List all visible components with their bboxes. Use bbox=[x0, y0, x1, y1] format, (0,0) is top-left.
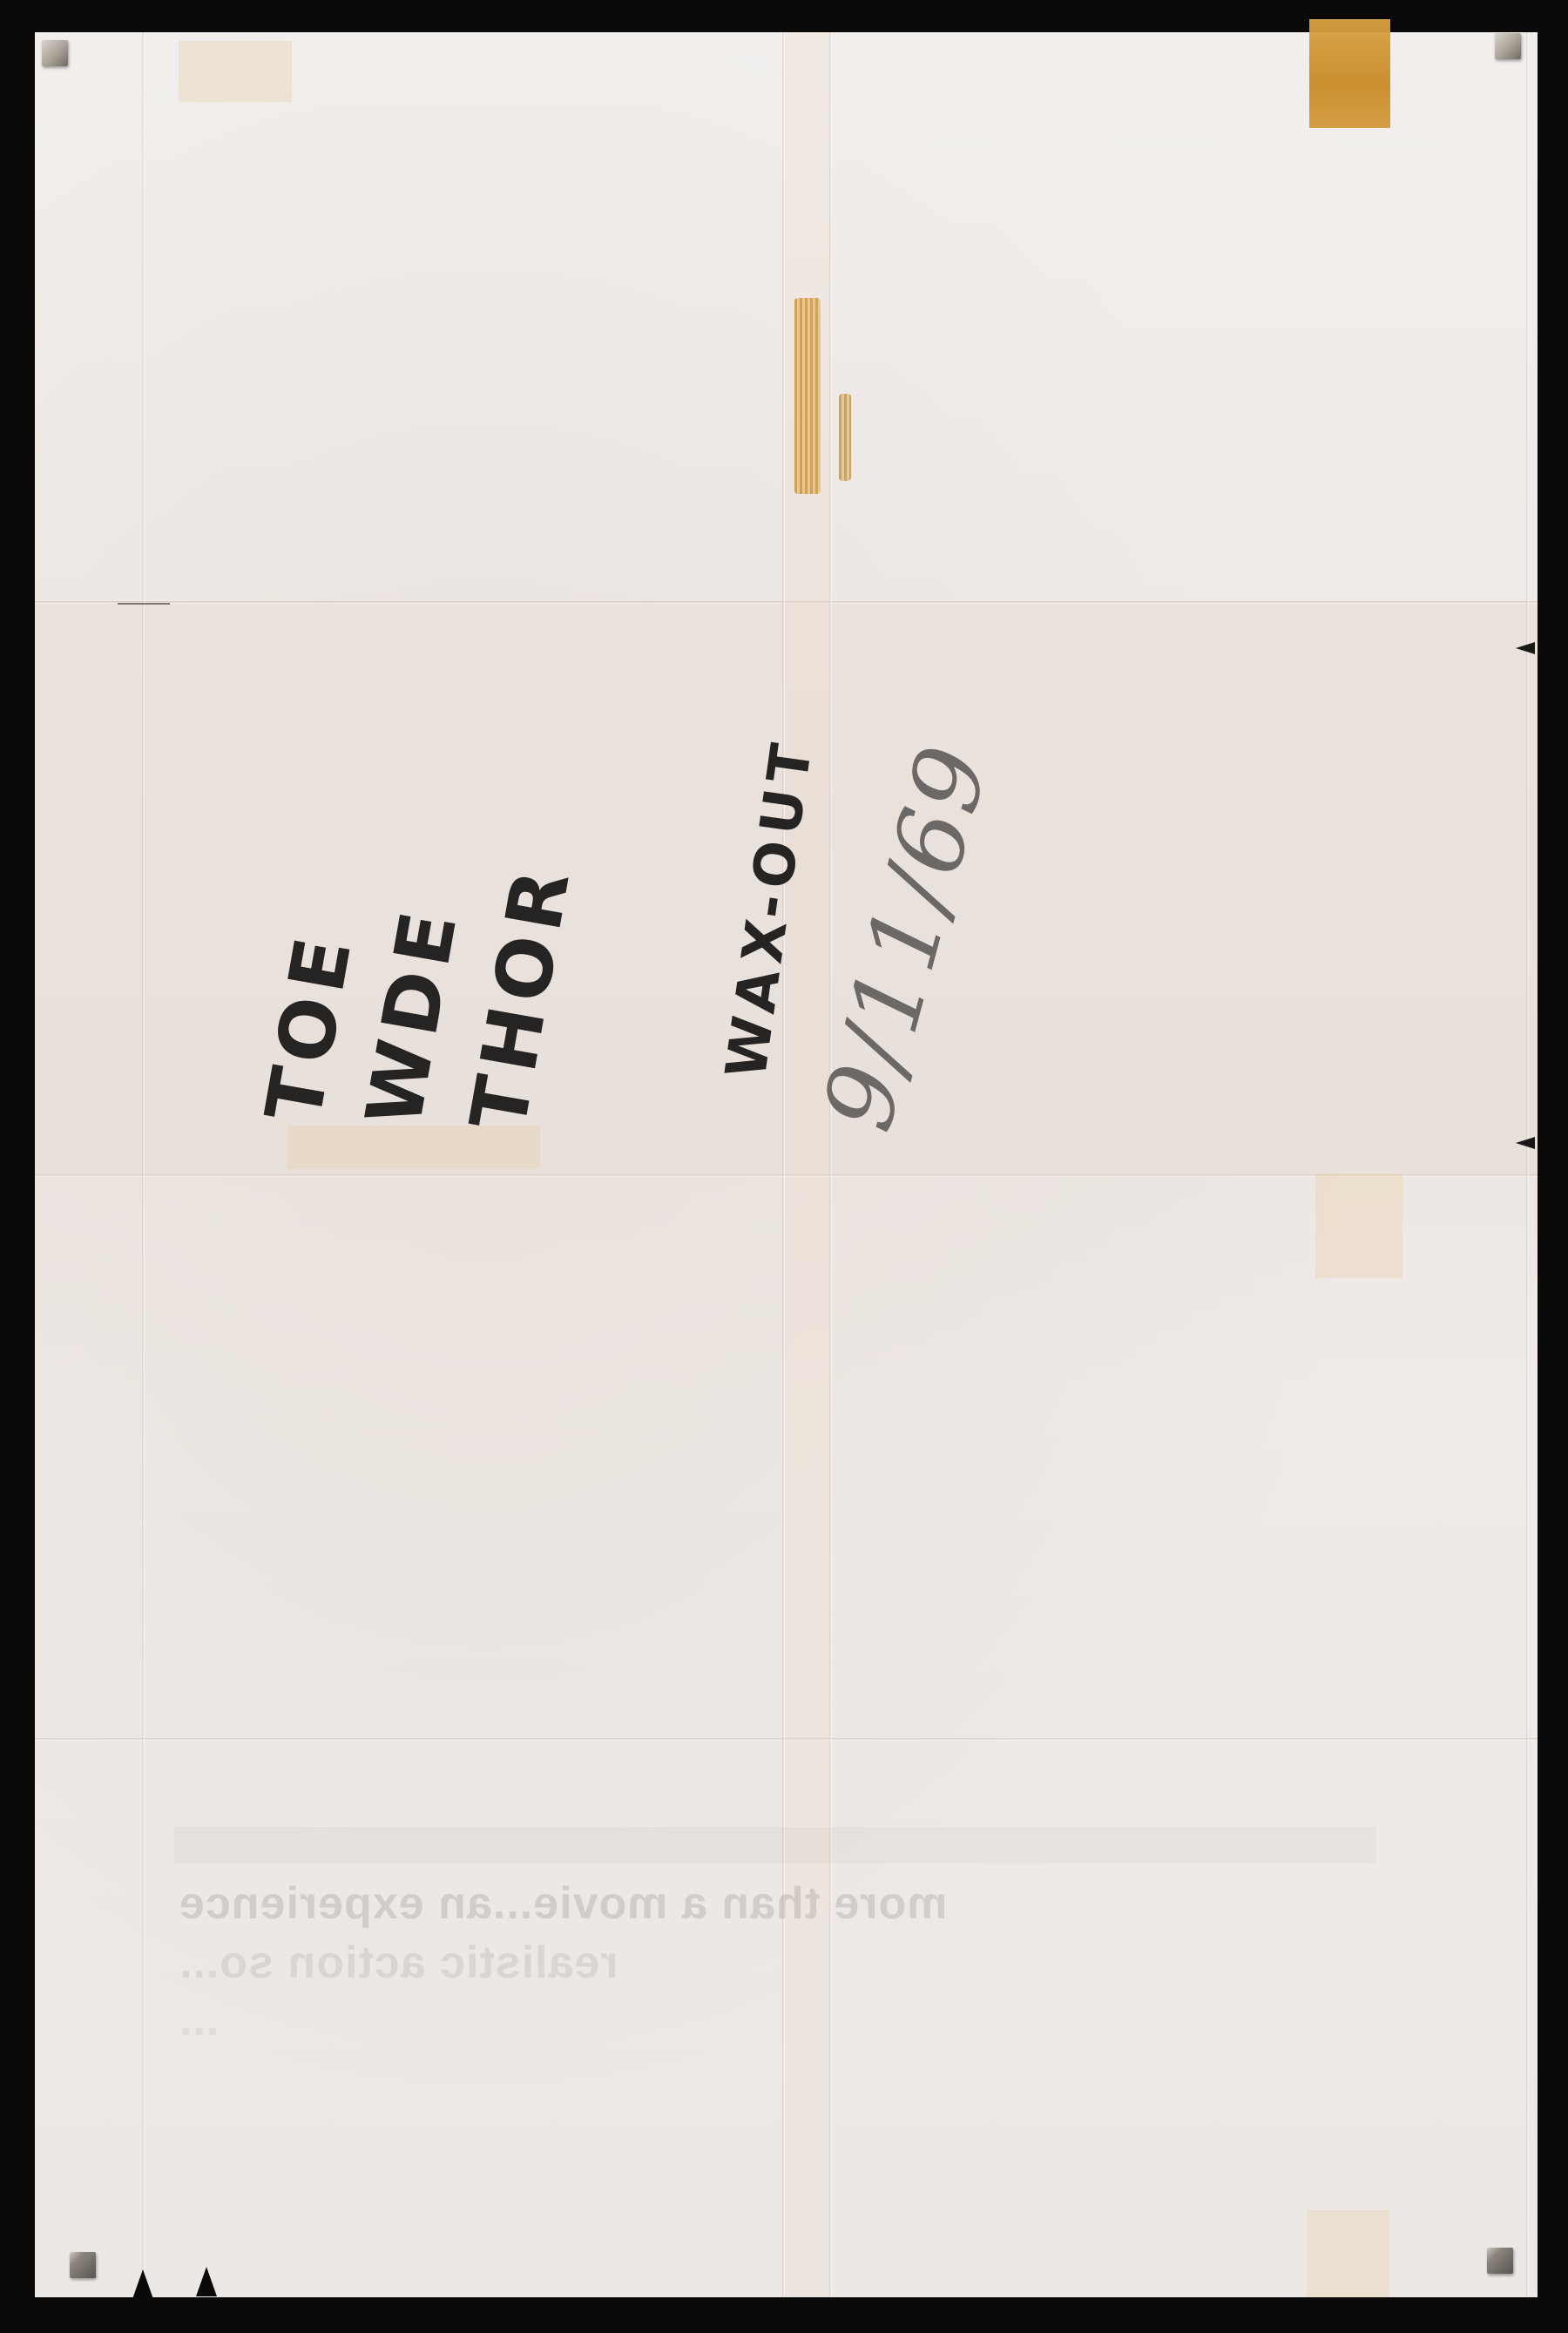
stain-mid-left bbox=[287, 1126, 540, 1169]
orange-smear-2 bbox=[839, 394, 851, 481]
corner-magnet-top-left bbox=[42, 40, 68, 66]
corner-magnet-top-right bbox=[1495, 33, 1521, 59]
masking-tape bbox=[1309, 19, 1390, 128]
stain-mid-right bbox=[1315, 1173, 1402, 1278]
poster-back-paper: more than a movie...an experience realis… bbox=[35, 32, 1538, 2297]
corner-magnet-bottom-right bbox=[1487, 2248, 1513, 2274]
orange-smear-1 bbox=[794, 298, 821, 494]
bleed-through-line-2: realistic action so... bbox=[179, 1937, 618, 1989]
fold-line-vertical-center-a bbox=[782, 32, 785, 2297]
stain-bottom-right bbox=[1307, 2210, 1389, 2297]
fold-line-vertical-left bbox=[142, 32, 145, 2297]
edge-notch-bottom-2 bbox=[196, 2267, 217, 2296]
edge-notch-right-2 bbox=[1516, 1137, 1535, 1149]
stain-top-left bbox=[179, 41, 292, 102]
corner-magnet-bottom-left bbox=[70, 2252, 96, 2278]
bleed-through-band bbox=[174, 1827, 1376, 1863]
fold-line-vertical-right bbox=[1526, 32, 1529, 2297]
edge-notch-right-1 bbox=[1516, 642, 1535, 654]
fold-line-vertical-center-b bbox=[829, 32, 832, 2297]
bleed-through-line-1: more than a movie...an experience bbox=[179, 1877, 948, 1930]
tear-mark bbox=[118, 603, 170, 605]
bleed-through-line-3: ... bbox=[179, 1994, 219, 2046]
edge-notch-bottom-1 bbox=[132, 2269, 153, 2299]
